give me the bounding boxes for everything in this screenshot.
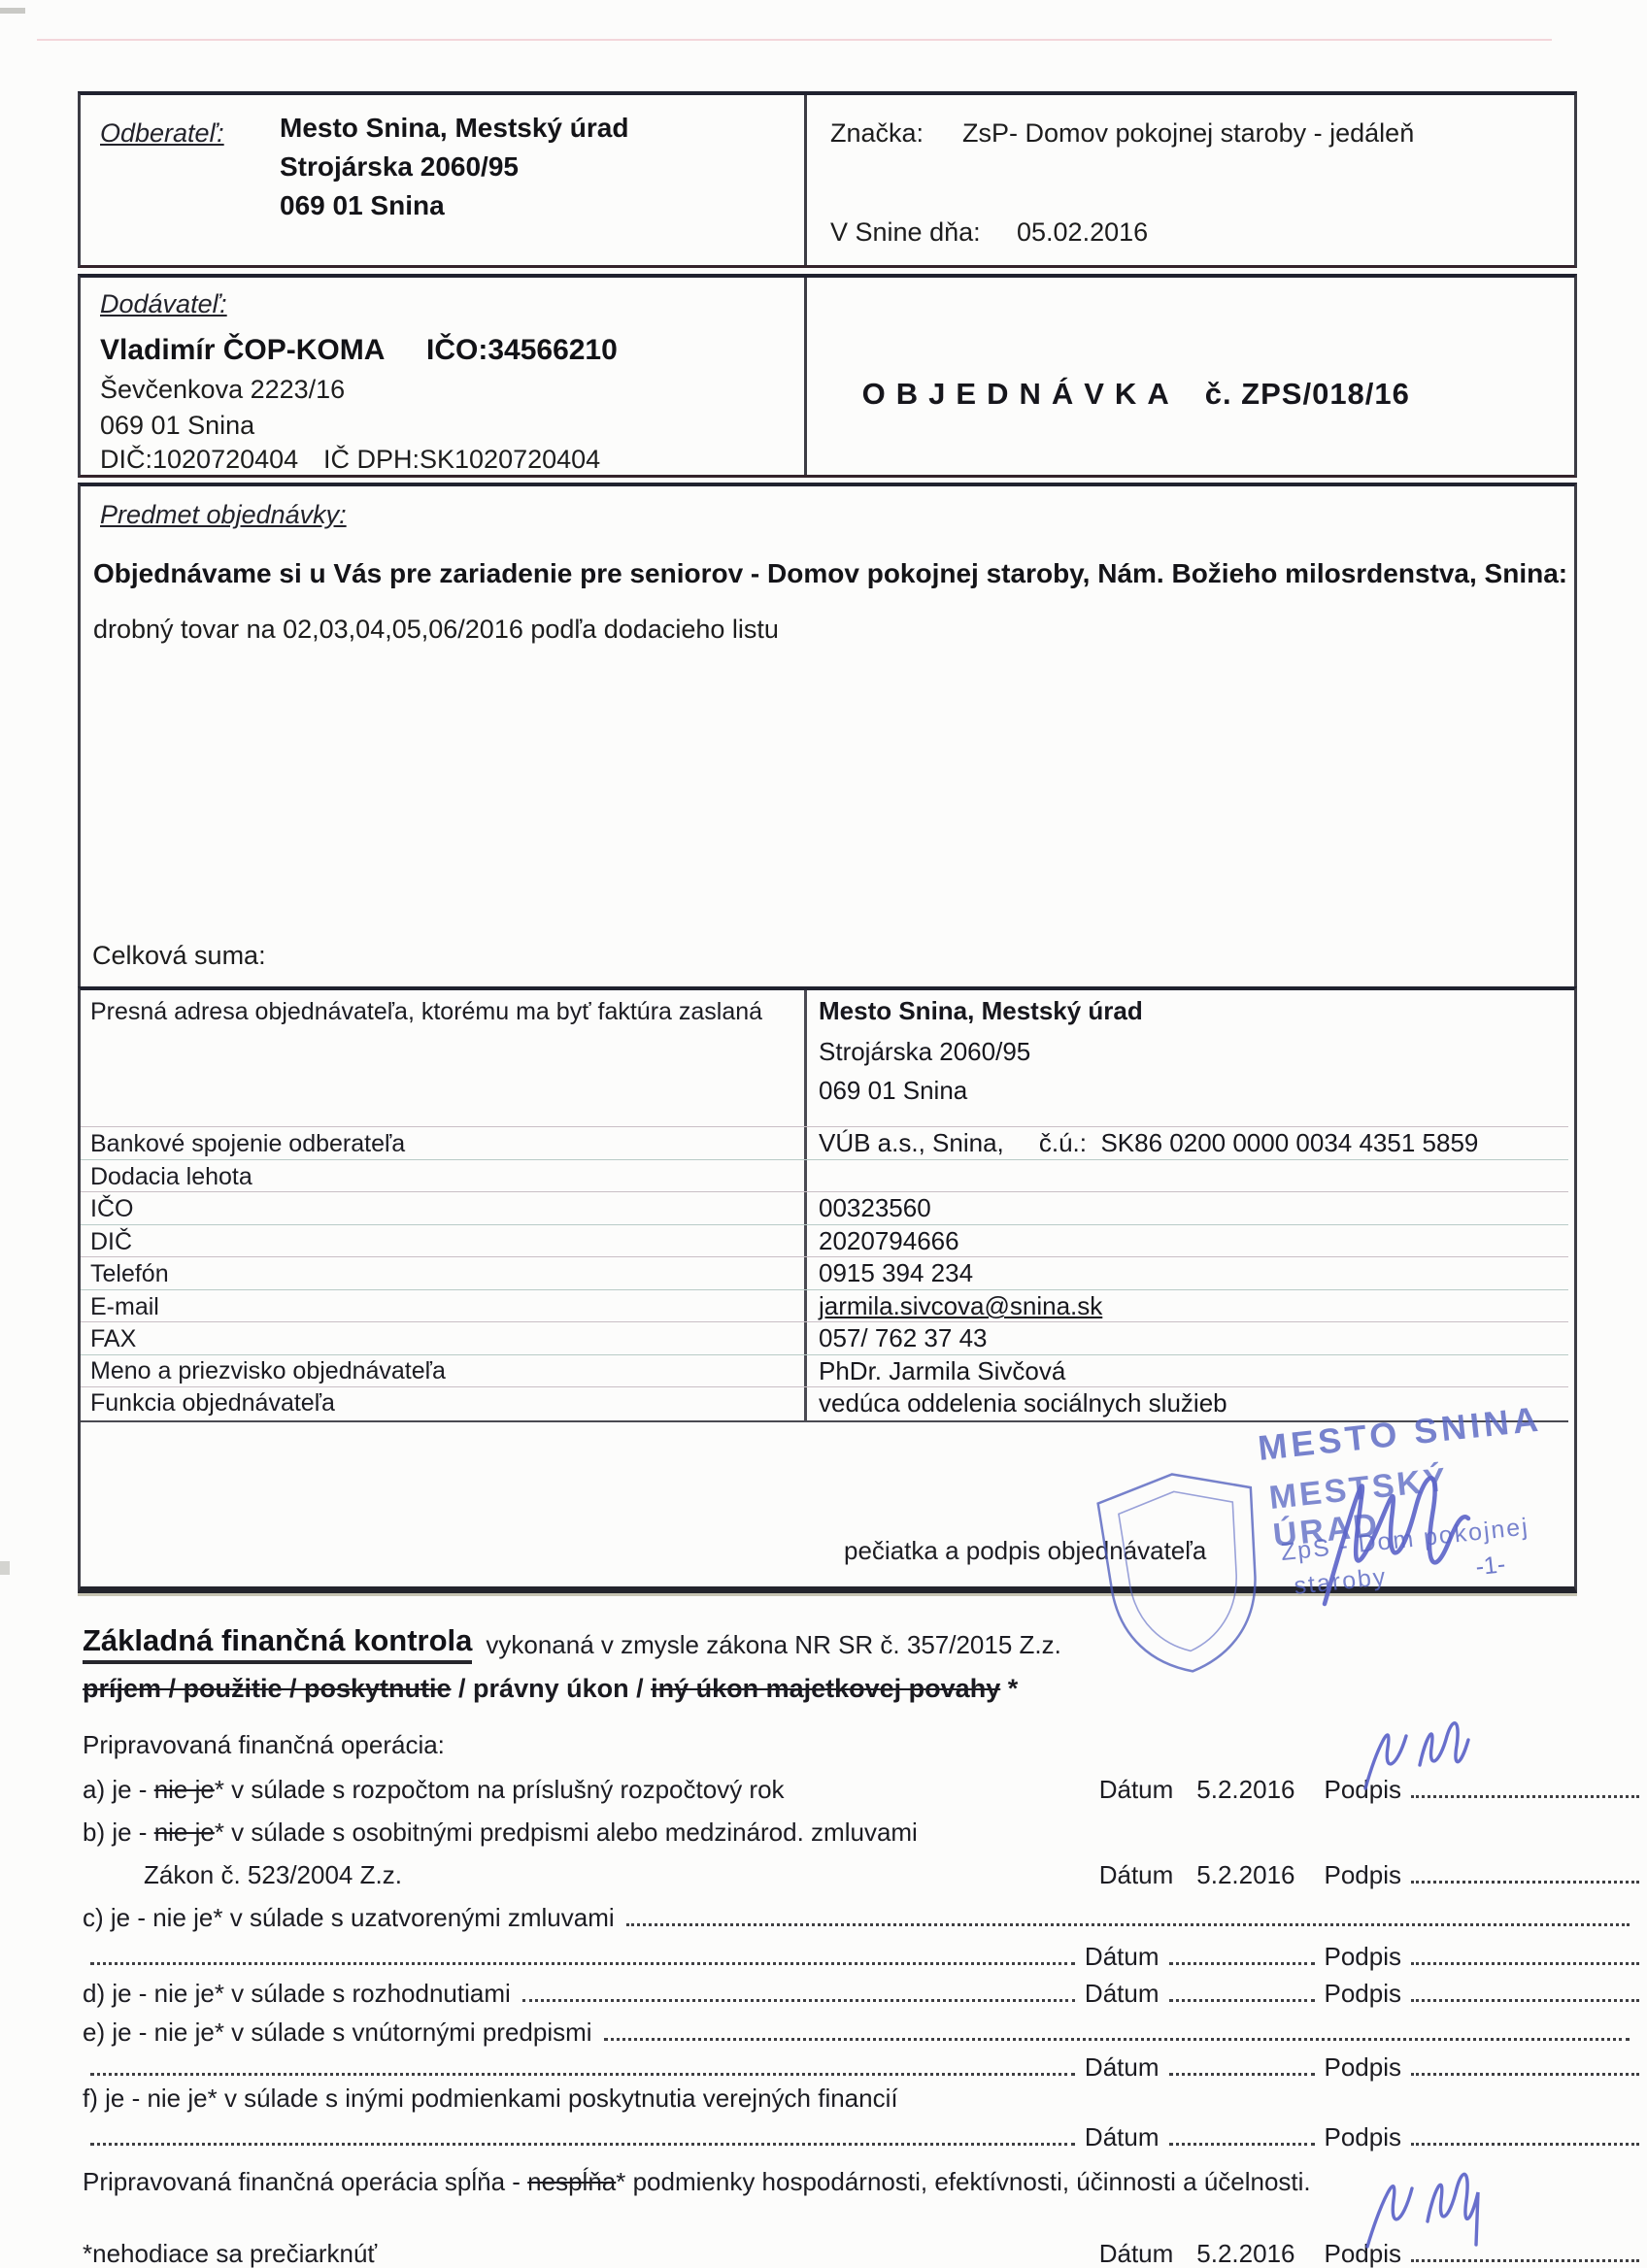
customer-address: Mesto Snina, Mestský úrad Strojárska 206…	[280, 109, 628, 225]
item-b2-text: Zákon č. 523/2004 Z.z.	[144, 1860, 402, 1890]
signature-dotted-line	[1411, 1991, 1639, 2002]
signature-dotted-line	[1411, 1873, 1639, 1884]
table-row-line	[81, 1126, 1568, 1127]
datum-label: Dátum	[1099, 1860, 1174, 1890]
supplier-name: Vladimír ČOP-KOMA	[100, 334, 385, 367]
table-value: VÚB a.s., Snina, č.ú.: SK86 0200 0000 00…	[819, 1128, 1478, 1158]
table-row-line	[81, 1256, 1568, 1257]
reference-value: ZsP- Domov pokojnej staroby - jedáleň	[962, 118, 1414, 149]
customer-header-box: Odberateľ: Mesto Snina, Mestský úrad Str…	[78, 91, 1577, 268]
table-value: Strojárska 2060/95	[819, 1037, 1030, 1067]
scanned-order-document: Odberateľ: Mesto Snina, Mestský úrad Str…	[0, 0, 1647, 2268]
item-b-struck: nie je	[154, 1818, 215, 1848]
date-dotted-line	[1169, 2065, 1315, 2076]
supplier-order-box: Dodávateľ: Vladimír ČOP-KOMA IČO:3456621…	[78, 274, 1577, 478]
summary-struck: nespĺňa	[527, 2167, 616, 2197]
stamp-signature	[1297, 1429, 1511, 1623]
check-item-c: c) je - nie je* v súlade s uzatvorenými …	[83, 1903, 1639, 1933]
table-label: Dodacia lehota	[90, 1163, 252, 1191]
dotted-line	[90, 1954, 1075, 1965]
check-item-c-sign-row: Dátum Podpis	[83, 1942, 1639, 1972]
item-e-text: e) je - nie je* v súlade s vnútornými pr…	[83, 2018, 592, 2048]
check-item-e: e) je - nie je* v súlade s vnútornými pr…	[83, 2018, 1639, 2048]
subject-label: Predmet objednávky:	[100, 500, 347, 530]
date-sign-group: Dátum Podpis	[1085, 1979, 1639, 2009]
control-title: Základná finančná kontrola	[83, 1623, 472, 1664]
table-row-line	[81, 1354, 1568, 1355]
summary-pre: Pripravovaná finančná operácia spĺňa -	[83, 2167, 527, 2197]
customer-label: Odberateľ:	[100, 118, 224, 149]
check-item-f: f) je - nie je* v súlade s inými podmien…	[83, 2084, 1639, 2114]
order-title: OBJEDNÁVKA	[862, 377, 1180, 411]
table-label: Presná adresa objednávateľa, ktorému ma …	[90, 998, 762, 1026]
datum-value: 5.2.2016	[1196, 1775, 1294, 1805]
email-link[interactable]: jarmila.sivcova@snina.sk	[819, 1291, 1102, 1321]
intro-text: Pripravovaná finančná operácia:	[83, 1730, 445, 1760]
table-row-line	[81, 1321, 1568, 1322]
supplier-label: Dodávateľ:	[100, 289, 227, 319]
types-struck-1: príjem / použitie / poskytnutie	[83, 1674, 452, 1704]
date-sign-group: Dátum Podpis	[1085, 2052, 1639, 2083]
date-dotted-line	[1169, 1991, 1315, 2002]
operation-types-row: príjem / použitie / poskytnutie / právny…	[83, 1674, 1639, 1704]
signature-dotted-line	[1411, 2135, 1639, 2146]
table-row-line	[81, 1191, 1568, 1192]
scan-artifact-speck	[0, 1561, 10, 1575]
table-column-divider	[804, 990, 807, 1422]
datum-label: Dátum	[1099, 2239, 1174, 2268]
date-dotted-line	[1169, 2135, 1315, 2146]
dotted-line	[90, 2065, 1075, 2076]
dotted-line	[522, 1991, 1075, 2002]
signature-dotted-line	[1411, 1954, 1639, 1965]
table-label: E-mail	[90, 1293, 159, 1321]
scan-artifact-speck	[0, 8, 25, 14]
check-item-d: d) je - nie je* v súlade s rozhodnutiami…	[83, 1979, 1639, 2009]
supplier-dic: DIČ:1020720404	[100, 445, 298, 475]
date-sign-group: Dátum 5.2.2016 Podpis	[1099, 1860, 1639, 1890]
order-subject-box: Predmet objednávky: Objednávame si u Vás…	[78, 483, 1577, 990]
table-value: 057/ 762 37 43	[819, 1323, 988, 1353]
order-title-row: OBJEDNÁVKAč. ZPS/018/16	[836, 359, 1410, 429]
item-a-struck: nie je	[154, 1775, 215, 1805]
item-a-pre: a) je -	[83, 1775, 154, 1805]
table-row-line	[81, 1224, 1568, 1225]
control-title-suffix: vykonaná v zmysle zákona NR SR č. 357/20…	[486, 1630, 1061, 1664]
table-label: FAX	[90, 1325, 136, 1353]
table-value: Mesto Snina, Mestský úrad	[819, 996, 1143, 1026]
types-asterisk: *	[1000, 1674, 1018, 1704]
table-label: Meno a priezvisko objednávateľa	[90, 1357, 446, 1385]
date-value: 05.02.2016	[1017, 217, 1148, 248]
table-label: Bankové spojenie odberateľa	[90, 1130, 405, 1158]
box-divider	[804, 278, 807, 475]
datum-label: Dátum	[1099, 1775, 1174, 1805]
item-d-text: d) je - nie je* v súlade s rozhodnutiami	[83, 1979, 511, 2009]
check-item-b: b) je - nie je* v súlade s osobitnými pr…	[83, 1818, 1639, 1848]
podpis-label: Podpis	[1325, 1979, 1402, 2009]
date-sign-group: Dátum Podpis	[1085, 2122, 1639, 2152]
scan-artifact-line	[37, 39, 1552, 41]
supplier-city: 069 01 Snina	[100, 411, 254, 441]
table-row-line	[81, 1386, 1568, 1387]
table-label: IČO	[90, 1195, 133, 1223]
approval-signature-a	[1348, 1705, 1523, 1798]
podpis-label: Podpis	[1325, 2122, 1402, 2152]
date-sign-group: Dátum Podpis	[1085, 1942, 1639, 1972]
approval-signature-final	[1352, 2151, 1527, 2258]
customer-address-line: Mesto Snina, Mestský úrad	[280, 109, 628, 148]
podpis-label: Podpis	[1325, 1860, 1402, 1890]
supplier-street: Ševčenkova 2223/16	[100, 375, 345, 405]
customer-address-line: 069 01 Snina	[280, 186, 628, 225]
podpis-label: Podpis	[1325, 1942, 1402, 1972]
datum-value: 5.2.2016	[1196, 1860, 1294, 1890]
reference-label: Značka:	[830, 118, 924, 149]
datum-label: Dátum	[1085, 1942, 1160, 1972]
control-title-row: Základná finančná kontrolavykonaná v zmy…	[83, 1623, 1639, 1664]
customer-address-line: Strojárska 2060/95	[280, 148, 628, 186]
subject-line-2: drobný tovar na 02,03,04,05,06/2016 podľ…	[93, 615, 779, 645]
date-place-label: V Snine dňa:	[830, 217, 981, 248]
table-label: DIČ	[90, 1228, 132, 1256]
item-b-pre: b) je -	[83, 1818, 154, 1848]
summary-post: * podmienky hospodárnosti, efektívnosti,…	[616, 2167, 1310, 2197]
subject-line-1: Objednávame si u Vás pre zariadenie pre …	[93, 558, 1567, 589]
datum-label: Dátum	[1085, 2052, 1160, 2083]
dotted-line	[90, 2135, 1075, 2146]
table-value: 0915 394 234	[819, 1258, 973, 1288]
date-dotted-line	[1169, 1954, 1315, 1965]
supplier-ico: IČO:34566210	[426, 334, 618, 367]
supplier-icdph: IČ DPH:SK1020720404	[323, 445, 600, 475]
podpis-label: Podpis	[1325, 2052, 1402, 2083]
dotted-line	[604, 2030, 1630, 2041]
table-label: Funkcia objednávateľa	[90, 1389, 335, 1417]
check-item-e-sign-row: Dátum Podpis	[83, 2052, 1639, 2083]
order-number: č. ZPS/018/16	[1205, 377, 1410, 411]
table-value: 2020794666	[819, 1226, 959, 1256]
check-item-f-sign-row: Dátum Podpis	[83, 2122, 1639, 2152]
item-a-post: * v súlade s rozpočtom na príslušný rozp…	[215, 1775, 785, 1805]
item-c-text: c) je - nie je* v súlade s uzatvorenými …	[83, 1903, 615, 1933]
table-value: PhDr. Jarmila Sivčová	[819, 1356, 1065, 1386]
table-label: Telefón	[90, 1260, 169, 1288]
table-row-line	[81, 1289, 1568, 1290]
types-mid: / právny úkon /	[452, 1674, 652, 1704]
check-item-b2: Zákon č. 523/2004 Z.z. Dátum 5.2.2016 Po…	[83, 1860, 1639, 1890]
table-row-line	[81, 1159, 1568, 1160]
datum-value: 5.2.2016	[1196, 2239, 1294, 2268]
table-value: 069 01 Snina	[819, 1076, 967, 1106]
signature-dotted-line	[1411, 2065, 1639, 2076]
datum-label: Dátum	[1085, 1979, 1160, 2009]
box-divider	[804, 95, 807, 265]
total-sum-label: Celková suma:	[92, 941, 266, 971]
item-f-text: f) je - nie je* v súlade s inými podmien…	[83, 2084, 898, 2114]
datum-label: Dátum	[1085, 2122, 1160, 2152]
table-value: vedúca oddelenia sociálnych služieb	[819, 1388, 1227, 1418]
table-value: 00323560	[819, 1193, 931, 1223]
item-b-post: * v súlade s osobitnými predpismi alebo …	[215, 1818, 918, 1848]
footnote-text: *nehodiace sa prečiarknúť	[83, 2239, 377, 2268]
types-struck-2: iný úkon majetkovej povahy	[651, 1674, 1000, 1704]
dotted-line	[626, 1916, 1630, 1926]
